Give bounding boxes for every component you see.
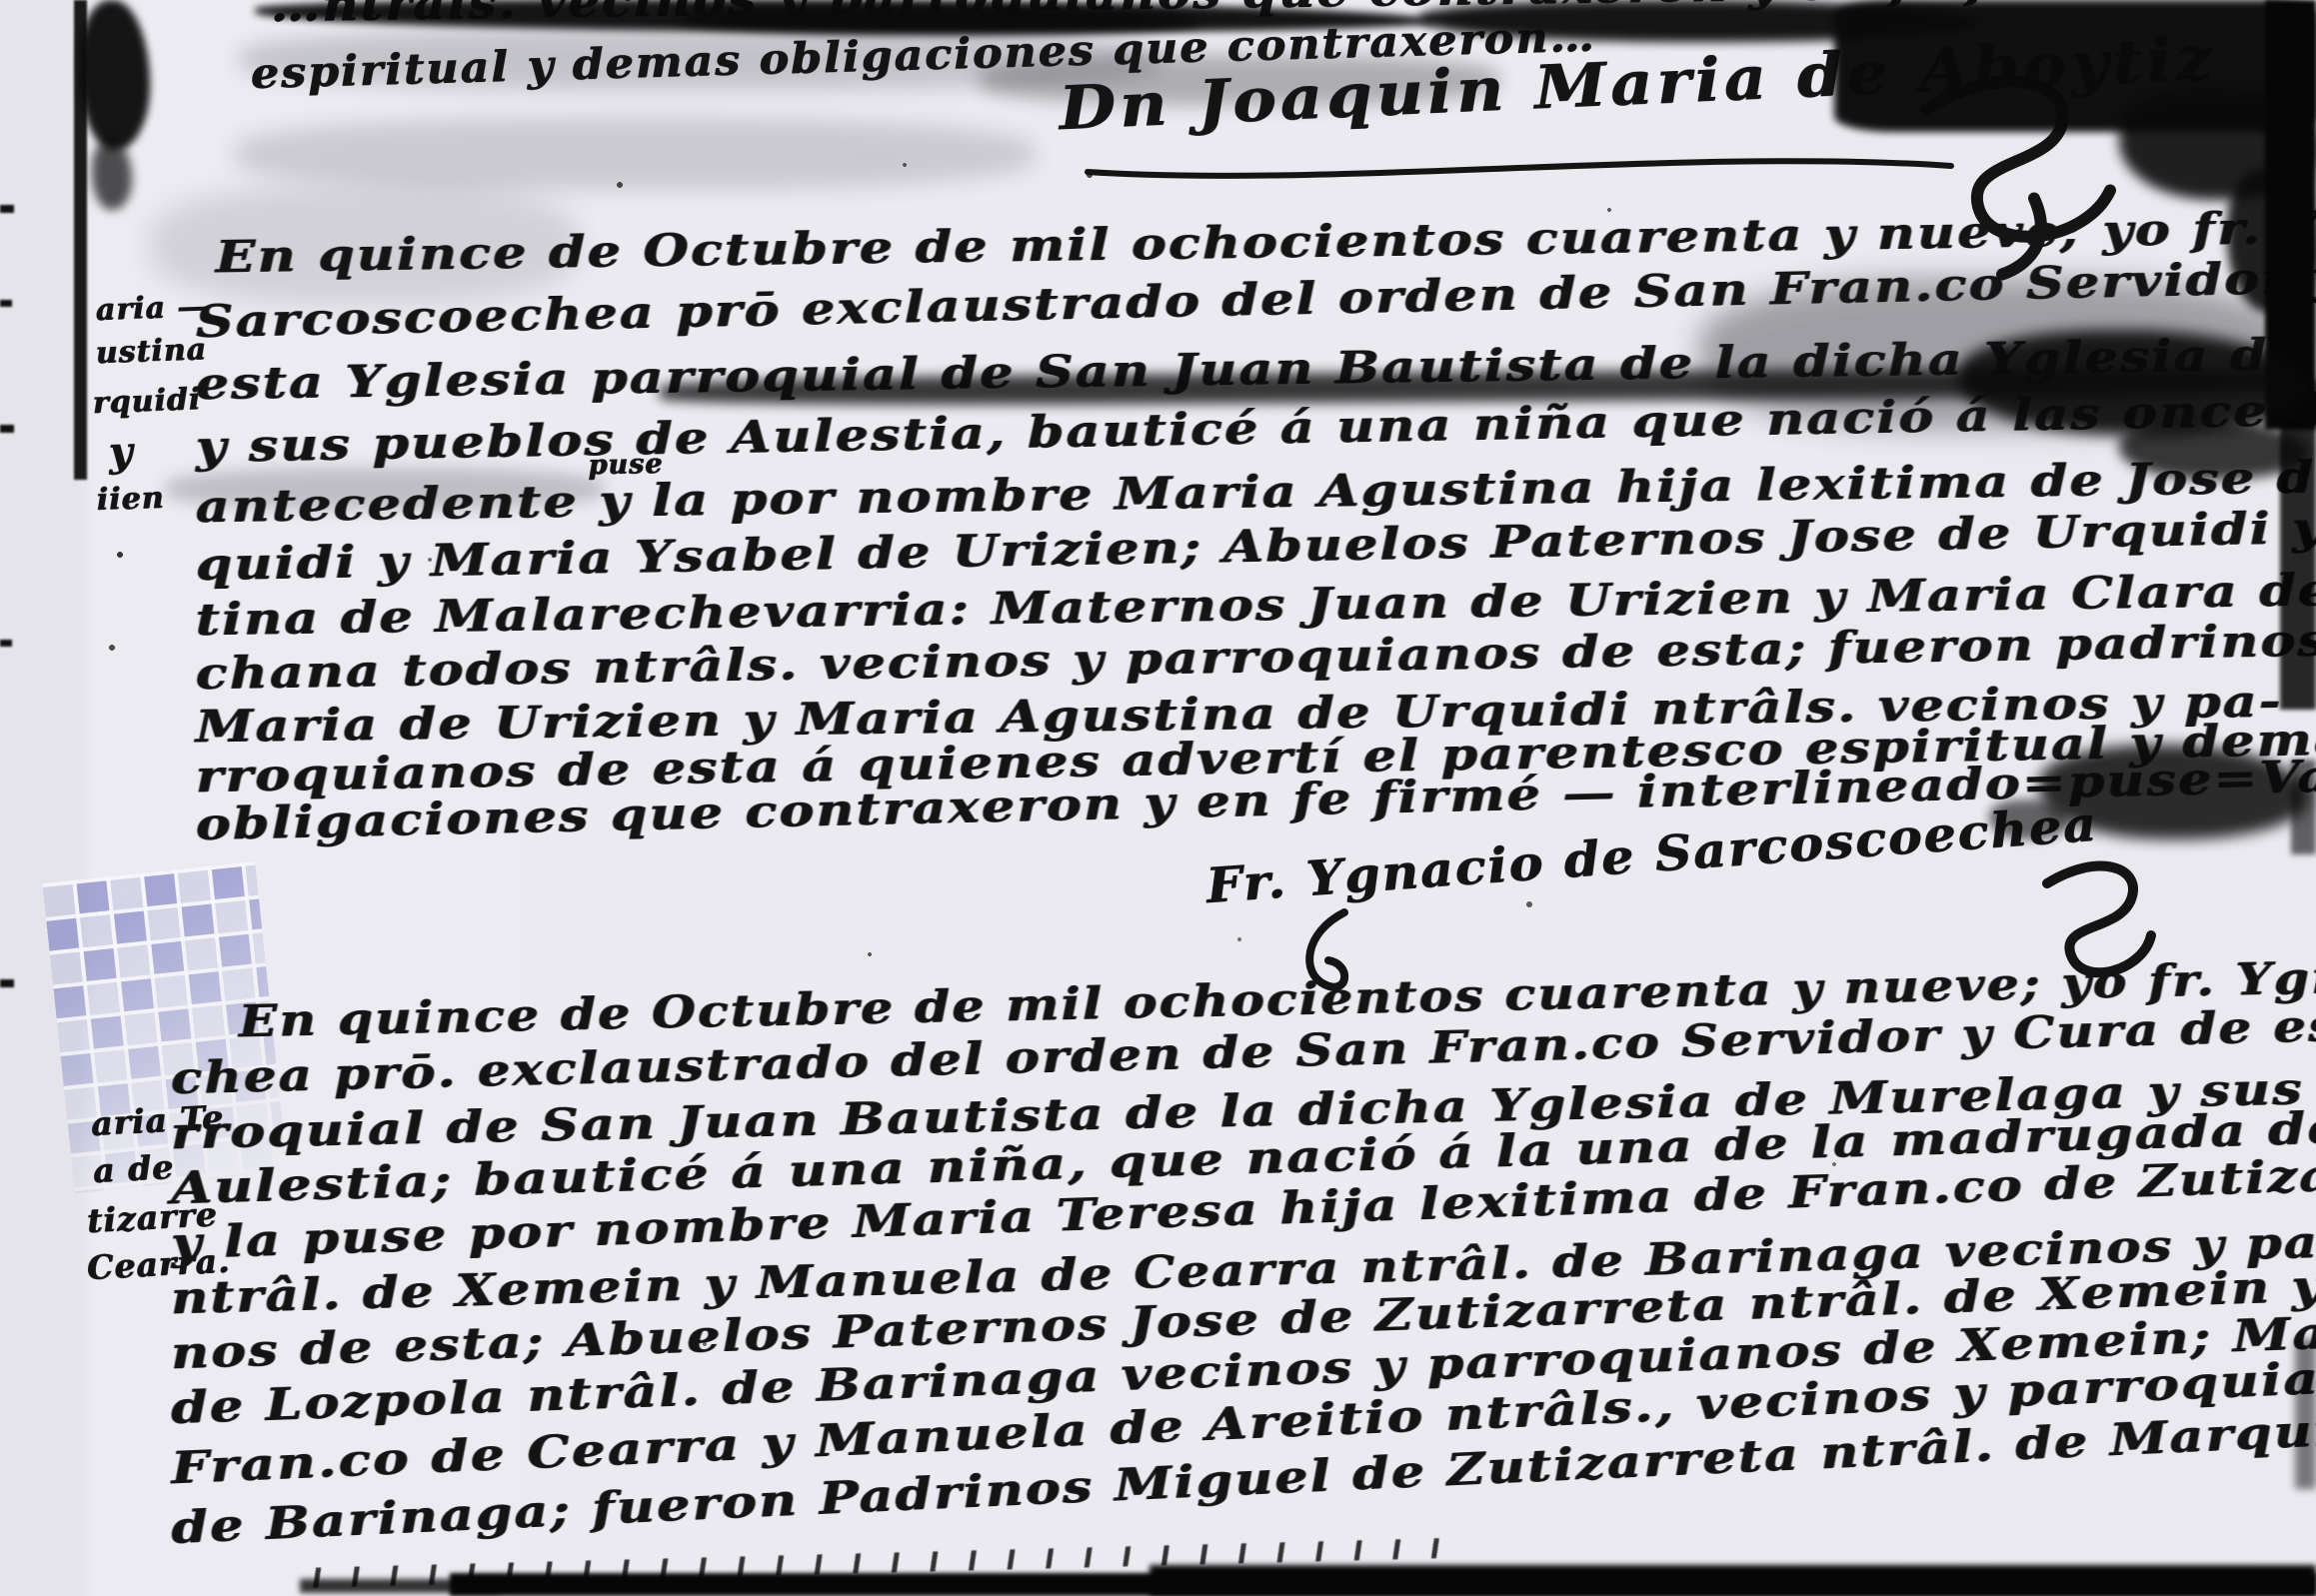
ink-blot — [80, 0, 150, 150]
margin-note-record2: Cearra. — [86, 1244, 231, 1286]
margin-note-record2: tizarre — [86, 1197, 218, 1238]
margin-note-record1: ustina — [95, 334, 207, 369]
photocopy-smear — [235, 118, 1035, 190]
scan-edge-bottom — [1150, 1565, 2316, 1596]
ink-blot — [1989, 799, 2069, 839]
margin-note-record2: aria Te — [90, 1100, 225, 1142]
margin-note-record1: iien — [96, 483, 165, 517]
scan-edge-right — [2280, 380, 2316, 710]
scan-edge-bottom — [300, 1579, 500, 1593]
manuscript-scan-page: …ntrâls. vecinos y parroquianos que cont… — [0, 0, 2316, 1596]
scan-edge-tick — [0, 425, 14, 433]
record1-interlined-word: puse — [588, 451, 663, 481]
margin-note-record1: y — [108, 431, 134, 474]
scan-edge-tick — [0, 205, 14, 213]
scan-edge-tick — [0, 640, 12, 647]
scan-edge-tick — [0, 979, 14, 987]
signature-underline-flourish — [1080, 140, 1959, 190]
margin-note-record1: aria — — [95, 291, 209, 326]
ink-blot — [92, 140, 132, 210]
margin-note-record1: rquidi — [92, 384, 201, 419]
scan-edge-right — [2295, 1339, 2316, 1489]
ink-blot — [680, 6, 1199, 34]
scan-edge-tick — [0, 300, 12, 307]
margin-note-record2: a de — [92, 1150, 175, 1189]
